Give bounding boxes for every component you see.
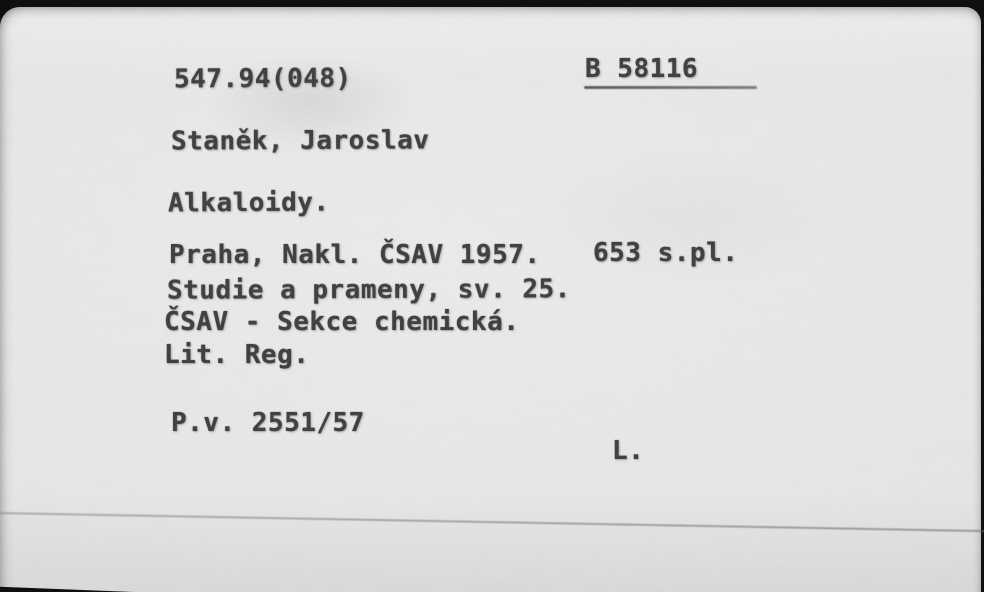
corporate-body-line: ČSAV - Sekce chemická. (164, 307, 519, 337)
note-line: Lit. Reg. (164, 340, 309, 370)
imprint-line: Praha, Nakl. ČSAV 1957. (169, 240, 541, 270)
order-number: P.v. 2551/57 (171, 408, 365, 438)
author-line: Staněk, Jaroslav (171, 125, 430, 156)
title-line: Alkaloidy. (168, 188, 330, 219)
classification-number: 547.94(048) (174, 64, 352, 95)
accession-underline (584, 86, 757, 89)
collation: 653 s.pl. (593, 238, 738, 268)
accession-number: B 58116 (585, 54, 698, 84)
series-line: Studie a prameny, sv. 25. (167, 274, 571, 305)
cataloguer-initial: L. (612, 436, 644, 466)
scan-background: { "card": { "classification": "547.94(04… (0, 0, 984, 592)
catalog-card: 547.94(048) B 58116 Staněk, Jaroslav Alk… (0, 7, 981, 592)
card-edge-line (0, 512, 984, 532)
